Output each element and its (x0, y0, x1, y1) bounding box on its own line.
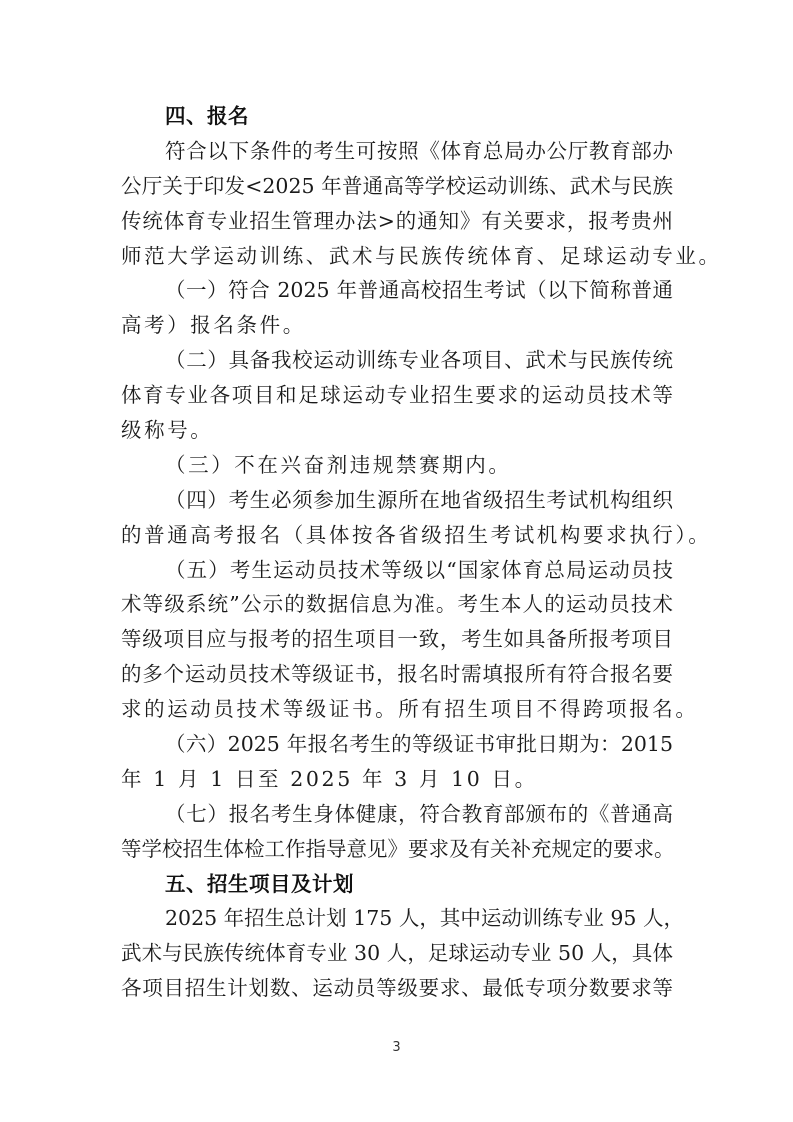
condition-6-line: （六）2025 年报名考生的等级证书审批日期为：2015 (121, 727, 673, 762)
condition-5-line: 的多个运动员技术等级证书，报名时需填报所有符合报名要 (121, 657, 673, 692)
condition-2-line: （二）具备我校运动训练专业各项目、武术与民族传统 (121, 343, 673, 378)
paragraph-line: 公厅关于印发<2025 年普通高等学校运动训练、武术与民族 (121, 169, 673, 204)
section-heading-enrollment-plan: 五、招生项目及计划 (121, 867, 673, 902)
condition-6-line: 年 1 月 1 日至 2025 年 3 月 10 日。 (121, 762, 673, 797)
section-heading-registration: 四、报名 (121, 99, 673, 134)
condition-7-line: （七）报名考生身体健康，符合教育部颁布的《普通高 (121, 797, 673, 832)
condition-5-line: （五）考生运动员技术等级以“国家体育总局运动员技 (121, 553, 673, 588)
plan-paragraph-line: 2025 年招生总计划 175 人，其中运动训练专业 95 人， (121, 901, 673, 936)
document-page: 四、报名 符合以下条件的考生可按照《体育总局办公厅教育部办 公厅关于印发<202… (0, 0, 793, 1122)
condition-5-line: 求的运动员技术等级证书。所有招生项目不得跨项报名。 (121, 692, 673, 727)
condition-7-line: 等学校招生体检工作指导意见》要求及有关补充规定的要求。 (121, 832, 673, 867)
condition-4-line: 的普通高考报名（具体按各省级招生考试机构要求执行）。 (121, 518, 673, 553)
condition-3-line: （三）不在兴奋剂违规禁赛期内。 (121, 448, 673, 483)
paragraph-line: 师范大学运动训练、武术与民族传统体育、足球运动专业。 (121, 239, 673, 274)
plan-paragraph-line: 各项目招生计划数、运动员等级要求、最低专项分数要求等 (121, 971, 673, 1006)
condition-2-line: 级称号。 (121, 413, 673, 448)
paragraph-line: 符合以下条件的考生可按照《体育总局办公厅教育部办 (121, 134, 673, 169)
condition-5-line: 等级项目应与报考的招生项目一致，考生如具备所报考项目 (121, 622, 673, 657)
condition-4-line: （四）考生必须参加生源所在地省级招生考试机构组织 (121, 483, 673, 518)
document-body: 四、报名 符合以下条件的考生可按照《体育总局办公厅教育部办 公厅关于印发<202… (121, 99, 673, 1006)
condition-2-line: 体育专业各项目和足球运动专业招生要求的运动员技术等 (121, 378, 673, 413)
page-number: 3 (0, 1040, 793, 1055)
condition-5-line: 术等级系统”公示的数据信息为准。考生本人的运动员技术 (121, 587, 673, 622)
paragraph-line: 传统体育专业招生管理办法>的通知》有关要求，报考贵州 (121, 204, 673, 239)
plan-paragraph-line: 武术与民族传统体育专业 30 人，足球运动专业 50 人，具体 (121, 936, 673, 971)
condition-1-line: 高考）报名条件。 (121, 308, 673, 343)
condition-1-line: （一）符合 2025 年普通高校招生考试（以下简称普通 (121, 273, 673, 308)
